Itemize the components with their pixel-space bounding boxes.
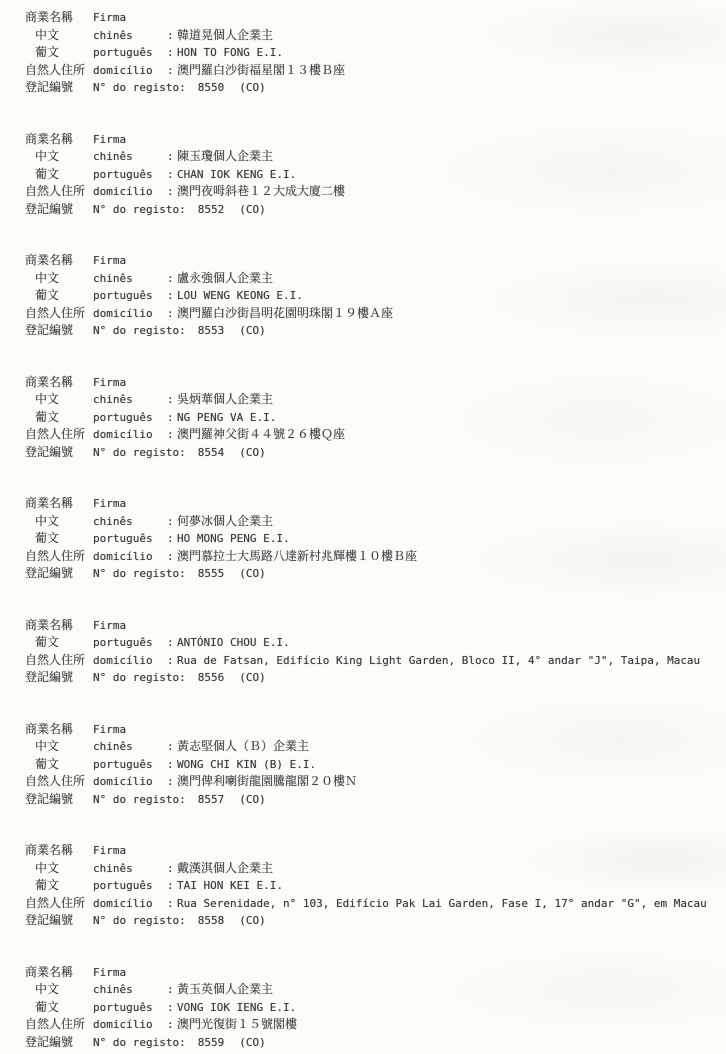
registration-number-value: 8557 [198,791,225,809]
chinese-label-zh: 中文 [25,738,93,756]
registration-row: 登記編號 N° do registo: 8559 (CO) [25,1034,726,1052]
registration-number-value: 8555 [198,565,225,583]
domicile-label-pt: domicílio [93,895,167,913]
portuguese-name-row: 葡文 português : LOU WENG KEONG E.I. [25,287,726,305]
registration-label-zh: 登記編號 [25,791,93,809]
domicile-row: 自然人住所 domicílio : 澳門羅白沙街福星閣１３樓Ｂ座 [25,62,726,80]
firm-label-portuguese: Firma [93,131,167,149]
domicile-row: 自然人住所 domicílio : 澳門夜呣斜巷１２大成大廈二樓 [25,183,726,201]
colon-separator: : [167,62,177,80]
chinese-name-row: 中文 chinês : 韓道晃個人企業主 [25,27,726,45]
firm-header-row: 商業名稱 Firma [25,495,726,513]
firm-label-chinese: 商業名稱 [25,252,93,270]
domicile-value: Rua Serenidade, n° 103, Edifício Pak Lai… [177,895,707,913]
registration-suffix: (CO) [239,79,266,97]
chinese-name-row: 中文 chinês : 盧永強個人企業主 [25,270,726,288]
chinese-label-pt: chinês [93,270,167,288]
registration-suffix: (CO) [239,791,266,809]
registration-suffix: (CO) [239,322,266,340]
domicile-row: 自然人住所 domicílio : 澳門羅白沙街昌明花園明珠閣１９樓Ａ座 [25,305,726,323]
firm-header-row: 商業名稱 Firma [25,252,726,270]
domicile-label-zh: 自然人住所 [25,426,93,444]
portuguese-name-value: VONG IOK IENG E.I. [177,999,296,1017]
chinese-name-value: 韓道晃個人企業主 [177,27,273,45]
firm-label-chinese: 商業名稱 [25,842,93,860]
portuguese-name-value: HON TO FONG E.I. [177,44,283,62]
firm-label-chinese: 商業名稱 [25,131,93,149]
chinese-label-pt: chinês [93,860,167,878]
portuguese-name-row: 葡文 português : NG PENG VA E.I. [25,409,726,427]
firm-header-row: 商業名稱 Firma [25,721,726,739]
chinese-name-value: 戴漢淇個人企業主 [177,860,273,878]
chinese-label-zh: 中文 [25,391,93,409]
firm-header-row: 商業名稱 Firma [25,9,726,27]
chinese-label-pt: chinês [93,981,167,999]
colon-separator: : [167,738,177,756]
chinese-label-zh: 中文 [25,513,93,531]
domicile-label-zh: 自然人住所 [25,62,93,80]
registration-number-value: 8558 [198,912,225,930]
registration-label-zh: 登記編號 [25,444,93,462]
portuguese-name-value: WONG CHI KIN (B) E.I. [177,756,316,774]
registration-row: 登記編號 N° do registo: 8554 (CO) [25,444,726,462]
firm-label-portuguese: Firma [93,252,167,270]
portuguese-name-value: ANTÓNIO CHOU E.I. [177,634,290,652]
colon-separator: : [167,652,177,670]
registry-entry: 商業名稱 Firma 中文 chinês : 黃玉英個人企業主 葡文 portu… [25,964,726,1052]
firm-header-row: 商業名稱 Firma [25,617,726,635]
colon-separator: : [167,409,177,427]
registry-entry: 商業名稱 Firma 中文 chinês : 盧永強個人企業主 葡文 portu… [25,252,726,340]
registration-suffix: (CO) [239,444,266,462]
colon-separator: : [167,513,177,531]
registration-suffix: (CO) [239,669,266,687]
portuguese-label-zh: 葡文 [25,634,93,652]
domicile-label-pt: domicílio [93,652,167,670]
portuguese-label-zh: 葡文 [25,530,93,548]
domicile-label-zh: 自然人住所 [25,773,93,791]
chinese-name-value: 吳炳華個人企業主 [177,391,273,409]
portuguese-name-value: NG PENG VA E.I. [177,409,276,427]
registry-entry: 商業名稱 Firma 中文 chinês : 吳炳華個人企業主 葡文 portu… [25,374,726,462]
registration-row: 登記編號 N° do registo: 8555 (CO) [25,565,726,583]
portuguese-name-value: LOU WENG KEONG E.I. [177,287,303,305]
chinese-name-value: 黃玉英個人企業主 [177,981,273,999]
chinese-label-zh: 中文 [25,981,93,999]
registration-label-pt: N° do registo: [93,912,186,930]
colon-separator: : [167,895,177,913]
chinese-label-zh: 中文 [25,27,93,45]
registration-row: 登記編號 N° do registo: 8550 (CO) [25,79,726,97]
registration-number-value: 8556 [198,669,225,687]
colon-separator: : [167,877,177,895]
registration-number-value: 8553 [198,322,225,340]
registry-entry-list: 商業名稱 Firma 中文 chinês : 韓道晃個人企業主 葡文 portu… [25,9,726,1051]
colon-separator: : [167,860,177,878]
domicile-value: 澳門羅白沙街福星閣１３樓Ｂ座 [177,62,345,80]
chinese-name-row: 中文 chinês : 吳炳華個人企業主 [25,391,726,409]
colon-separator: : [167,305,177,323]
chinese-label-pt: chinês [93,148,167,166]
portuguese-label-pt: português [93,409,167,427]
firm-header-row: 商業名稱 Firma [25,842,726,860]
registration-label-zh: 登記編號 [25,201,93,219]
domicile-label-zh: 自然人住所 [25,895,93,913]
colon-separator: : [167,391,177,409]
registration-suffix: (CO) [239,912,266,930]
domicile-row: 自然人住所 domicílio : 澳門光復街１５號閣樓 [25,1016,726,1034]
portuguese-label-zh: 葡文 [25,756,93,774]
domicile-value: Rua de Fatsan, Edifício King Light Garde… [177,652,700,670]
registration-label-pt: N° do registo: [93,565,186,583]
registration-number-value: 8550 [198,79,225,97]
colon-separator: : [167,287,177,305]
domicile-label-zh: 自然人住所 [25,183,93,201]
registration-label-pt: N° do registo: [93,1034,186,1052]
registration-number-value: 8552 [198,201,225,219]
colon-separator: : [167,44,177,62]
registration-label-zh: 登記編號 [25,669,93,687]
domicile-row: 自然人住所 domicílio : Rua de Fatsan, Edifíci… [25,652,726,670]
portuguese-name-row: 葡文 português : HO MONG PENG E.I. [25,530,726,548]
domicile-row: 自然人住所 domicílio : 澳門羅神父街４４號２６樓Ｑ座 [25,426,726,444]
chinese-label-pt: chinês [93,513,167,531]
colon-separator: : [167,634,177,652]
portuguese-label-zh: 葡文 [25,877,93,895]
registration-label-zh: 登記編號 [25,1034,93,1052]
chinese-name-value: 盧永強個人企業主 [177,270,273,288]
domicile-value: 澳門光復街１５號閣樓 [177,1016,297,1034]
registry-entry: 商業名稱 Firma 葡文 português : ANTÓNIO CHOU E… [25,617,726,687]
chinese-label-pt: chinês [93,391,167,409]
chinese-label-pt: chinês [93,738,167,756]
portuguese-name-value: TAI HON KEI E.I. [177,877,283,895]
registration-label-pt: N° do registo: [93,322,186,340]
chinese-label-zh: 中文 [25,148,93,166]
domicile-row: 自然人住所 domicílio : 澳門俾利喇街龍園騰龍閣２０樓Ｎ [25,773,726,791]
firm-header-row: 商業名稱 Firma [25,374,726,392]
firm-label-portuguese: Firma [93,721,167,739]
colon-separator: : [167,999,177,1017]
portuguese-name-row: 葡文 português : WONG CHI KIN (B) E.I. [25,756,726,774]
colon-separator: : [167,773,177,791]
registry-entry: 商業名稱 Firma 中文 chinês : 戴漢淇個人企業主 葡文 portu… [25,842,726,930]
domicile-label-pt: domicílio [93,183,167,201]
chinese-name-row: 中文 chinês : 戴漢淇個人企業主 [25,860,726,878]
firm-label-portuguese: Firma [93,842,167,860]
portuguese-name-row: 葡文 português : ANTÓNIO CHOU E.I. [25,634,726,652]
domicile-label-pt: domicílio [93,773,167,791]
colon-separator: : [167,548,177,566]
portuguese-label-pt: português [93,530,167,548]
chinese-name-value: 何夢冰個人企業主 [177,513,273,531]
firm-label-portuguese: Firma [93,617,167,635]
domicile-value: 澳門夜呣斜巷１２大成大廈二樓 [177,183,345,201]
chinese-label-pt: chinês [93,27,167,45]
portuguese-label-pt: português [93,166,167,184]
firm-label-portuguese: Firma [93,374,167,392]
colon-separator: : [167,148,177,166]
firm-label-chinese: 商業名稱 [25,721,93,739]
chinese-label-zh: 中文 [25,860,93,878]
domicile-label-zh: 自然人住所 [25,652,93,670]
colon-separator: : [167,756,177,774]
domicile-label-pt: domicílio [93,548,167,566]
colon-separator: : [167,183,177,201]
registration-label-zh: 登記編號 [25,79,93,97]
domicile-label-pt: domicílio [93,426,167,444]
portuguese-label-zh: 葡文 [25,999,93,1017]
chinese-name-row: 中文 chinês : 陳玉瓊個人企業主 [25,148,726,166]
portuguese-label-pt: português [93,634,167,652]
registration-label-pt: N° do registo: [93,669,186,687]
portuguese-label-pt: português [93,756,167,774]
portuguese-name-row: 葡文 português : VONG IOK IENG E.I. [25,999,726,1017]
chinese-name-value: 陳玉瓊個人企業主 [177,148,273,166]
portuguese-name-value: HO MONG PENG E.I. [177,530,290,548]
firm-label-chinese: 商業名稱 [25,964,93,982]
domicile-value: 澳門慕拉士大馬路八達新村兆輝樓１０樓Ｂ座 [177,548,417,566]
registration-label-zh: 登記編號 [25,912,93,930]
portuguese-label-pt: português [93,287,167,305]
registration-label-pt: N° do registo: [93,201,186,219]
registry-entry: 商業名稱 Firma 中文 chinês : 陳玉瓊個人企業主 葡文 portu… [25,131,726,219]
colon-separator: : [167,530,177,548]
portuguese-label-pt: português [93,877,167,895]
domicile-value: 澳門俾利喇街龍園騰龍閣２０樓Ｎ [177,773,357,791]
colon-separator: : [167,1016,177,1034]
domicile-value: 澳門羅神父街４４號２６樓Ｑ座 [177,426,345,444]
firm-label-portuguese: Firma [93,495,167,513]
registration-row: 登記編號 N° do registo: 8557 (CO) [25,791,726,809]
firm-label-chinese: 商業名稱 [25,9,93,27]
portuguese-name-row: 葡文 português : TAI HON KEI E.I. [25,877,726,895]
firm-label-chinese: 商業名稱 [25,495,93,513]
registration-label-pt: N° do registo: [93,791,186,809]
registry-entry: 商業名稱 Firma 中文 chinês : 何夢冰個人企業主 葡文 portu… [25,495,726,583]
firm-label-chinese: 商業名稱 [25,374,93,392]
domicile-label-pt: domicílio [93,62,167,80]
portuguese-label-zh: 葡文 [25,44,93,62]
portuguese-label-pt: português [93,999,167,1017]
portuguese-name-value: CHAN IOK KENG E.I. [177,166,296,184]
firm-label-chinese: 商業名稱 [25,617,93,635]
registration-row: 登記編號 N° do registo: 8553 (CO) [25,322,726,340]
registration-label-zh: 登記編號 [25,322,93,340]
domicile-label-zh: 自然人住所 [25,548,93,566]
registration-row: 登記編號 N° do registo: 8552 (CO) [25,201,726,219]
registration-number-value: 8554 [198,444,225,462]
firm-header-row: 商業名稱 Firma [25,964,726,982]
chinese-name-value: 黃志堅個人（Ｂ）企業主 [177,738,309,756]
registry-entry: 商業名稱 Firma 中文 chinês : 韓道晃個人企業主 葡文 portu… [25,9,726,97]
portuguese-label-pt: português [93,44,167,62]
chinese-name-row: 中文 chinês : 何夢冰個人企業主 [25,513,726,531]
colon-separator: : [167,270,177,288]
chinese-label-zh: 中文 [25,270,93,288]
registration-label-pt: N° do registo: [93,79,186,97]
registration-suffix: (CO) [239,1034,266,1052]
chinese-name-row: 中文 chinês : 黃志堅個人（Ｂ）企業主 [25,738,726,756]
registration-number-value: 8559 [198,1034,225,1052]
firm-label-portuguese: Firma [93,9,167,27]
registration-row: 登記編號 N° do registo: 8558 (CO) [25,912,726,930]
scanned-registry-document: 商業名稱 Firma 中文 chinês : 韓道晃個人企業主 葡文 portu… [0,0,726,1054]
domicile-row: 自然人住所 domicílio : Rua Serenidade, n° 103… [25,895,726,913]
registration-suffix: (CO) [239,565,266,583]
domicile-label-zh: 自然人住所 [25,1016,93,1034]
colon-separator: : [167,27,177,45]
domicile-row: 自然人住所 domicílio : 澳門慕拉士大馬路八達新村兆輝樓１０樓Ｂ座 [25,548,726,566]
colon-separator: : [167,981,177,999]
registration-row: 登記編號 N° do registo: 8556 (CO) [25,669,726,687]
firm-header-row: 商業名稱 Firma [25,131,726,149]
portuguese-label-zh: 葡文 [25,409,93,427]
registration-label-zh: 登記編號 [25,565,93,583]
portuguese-name-row: 葡文 português : HON TO FONG E.I. [25,44,726,62]
colon-separator: : [167,426,177,444]
colon-separator: : [167,166,177,184]
domicile-value: 澳門羅白沙街昌明花園明珠閣１９樓Ａ座 [177,305,393,323]
chinese-name-row: 中文 chinês : 黃玉英個人企業主 [25,981,726,999]
domicile-label-pt: domicílio [93,305,167,323]
portuguese-label-zh: 葡文 [25,287,93,305]
domicile-label-pt: domicílio [93,1016,167,1034]
portuguese-name-row: 葡文 português : CHAN IOK KENG E.I. [25,166,726,184]
registration-suffix: (CO) [239,201,266,219]
registry-entry: 商業名稱 Firma 中文 chinês : 黃志堅個人（Ｂ）企業主 葡文 po… [25,721,726,809]
firm-label-portuguese: Firma [93,964,167,982]
registration-label-pt: N° do registo: [93,444,186,462]
domicile-label-zh: 自然人住所 [25,305,93,323]
portuguese-label-zh: 葡文 [25,166,93,184]
